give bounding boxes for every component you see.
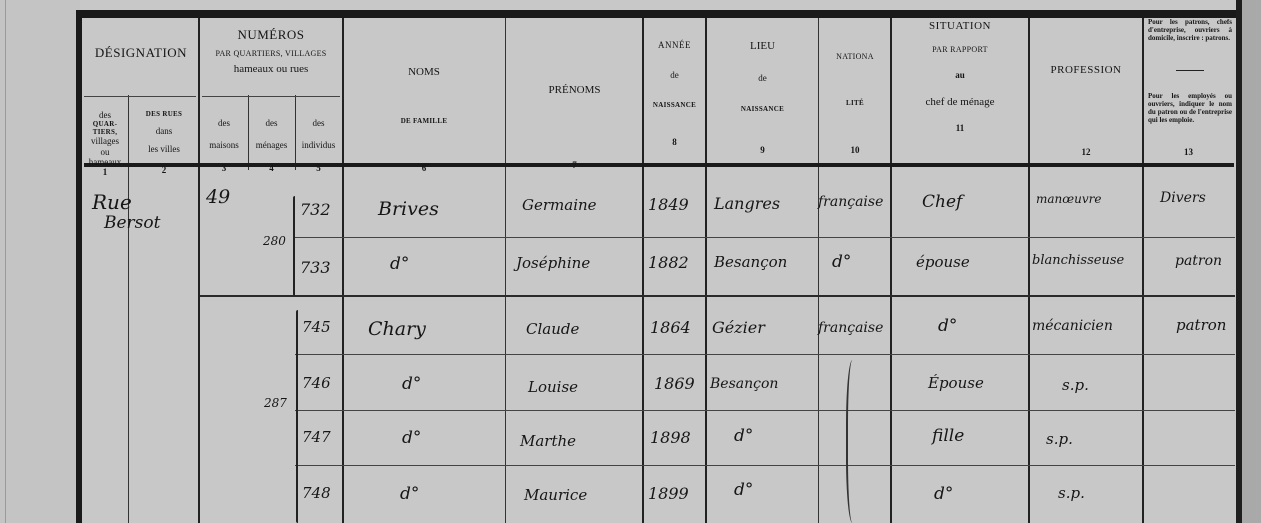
menage-number: 287 <box>264 396 287 410</box>
household-brace <box>296 310 298 523</box>
column-rule <box>342 18 344 523</box>
nom: d° <box>400 484 419 504</box>
column-number-8: 8 <box>644 137 705 147</box>
header-profession: PROFESSION <box>1030 64 1142 77</box>
lieu: Besançon <box>714 253 787 271</box>
right-border <box>1236 0 1242 523</box>
nom: Chary <box>368 318 426 340</box>
street-line2: Bersot <box>104 213 160 233</box>
situation: épouse <box>916 253 970 271</box>
lieu: Gézier <box>712 318 765 337</box>
header-divider <box>202 96 340 97</box>
ditto-mark <box>846 360 862 523</box>
header-situation: SITUATION PAR RAPPORT au chef de ménage … <box>892 20 1028 133</box>
page-margin <box>0 0 80 523</box>
situation: fille <box>932 426 964 446</box>
annee: 1882 <box>648 253 689 272</box>
header-text: chef de ménage <box>892 96 1028 109</box>
header-text: de <box>707 73 818 83</box>
column-number: 1 <box>82 167 128 177</box>
profession: s.p. <box>1046 430 1073 448</box>
header-text: QUAR- <box>82 120 128 128</box>
header-text: les villes <box>130 144 198 154</box>
individu-number: 746 <box>302 374 331 392</box>
annee: 1898 <box>650 428 691 447</box>
profession: mécanicien <box>1032 318 1113 334</box>
column-number: 4 <box>248 163 295 173</box>
column-number-10: 10 <box>820 145 890 155</box>
header-text: NATIONA <box>820 52 890 61</box>
street-line1: Rue <box>92 190 132 214</box>
header-text: de <box>644 70 705 80</box>
left-border <box>76 10 82 523</box>
header-text: des <box>82 110 128 120</box>
row-rule <box>200 295 1235 297</box>
prenom: Joséphine <box>516 254 590 272</box>
header-numeros: NUMÉROS PAR QUARTIERS, VILLAGES hameaux … <box>200 28 342 76</box>
note-divider <box>1176 70 1204 71</box>
profession: s.p. <box>1062 376 1089 394</box>
header-text: TIERS, <box>82 128 128 136</box>
nom: d° <box>390 254 409 274</box>
situation: Épouse <box>928 374 984 392</box>
profession: manœuvre <box>1036 192 1101 206</box>
header-text: NAISSANCE <box>644 101 705 109</box>
column-number-12: 12 <box>1030 147 1142 157</box>
row-rule <box>295 410 1235 411</box>
header-text: des <box>248 118 295 128</box>
patron: Divers <box>1160 190 1206 206</box>
household-brace <box>293 196 295 296</box>
individu-number: 745 <box>302 318 331 336</box>
column-number: 5 <box>295 163 342 173</box>
prenom: Marthe <box>520 432 576 450</box>
nationalite: française <box>818 320 883 336</box>
lieu: d° <box>734 480 753 500</box>
prenom: Maurice <box>524 486 587 504</box>
column-rule <box>1028 18 1030 523</box>
nom: d° <box>402 428 421 448</box>
prenom: Louise <box>528 378 578 396</box>
margin-rule <box>5 0 6 523</box>
header-text: hameaux ou rues <box>200 63 342 76</box>
header-text: DES RUES <box>130 110 198 118</box>
prenom: Claude <box>526 320 579 338</box>
nationalite: d° <box>832 252 851 272</box>
individu-number: 747 <box>302 428 331 446</box>
annee: 1849 <box>648 195 689 214</box>
header-col3: des maisons 3 <box>200 118 248 173</box>
header-noms: NOMS <box>344 66 504 79</box>
header-text: ou <box>82 147 128 157</box>
nom: Brives <box>378 198 439 220</box>
column-rule <box>198 18 200 523</box>
header-text: ménages <box>248 140 295 150</box>
lieu: Besançon <box>710 376 778 392</box>
header-text: au <box>892 70 1028 80</box>
column-number: 3 <box>200 163 248 173</box>
header-text: individus <box>295 140 342 150</box>
individu-number: 748 <box>302 484 331 502</box>
patron-instruction-1: Pour les patrons, chefs d'entreprise, ou… <box>1148 18 1232 42</box>
column-number-7: 7 <box>507 160 642 170</box>
header-prenoms: PRÉNOMS <box>507 84 642 97</box>
header-text: des <box>200 118 248 128</box>
row-rule <box>295 465 1235 466</box>
column-number: 2 <box>130 165 198 175</box>
column-rule <box>505 18 506 523</box>
profession: s.p. <box>1058 484 1085 502</box>
profession: blanchisseuse <box>1032 253 1124 268</box>
header-text: dans <box>130 126 198 136</box>
situation: Chef <box>922 192 962 212</box>
house-number: 49 <box>206 186 230 208</box>
header-text: SITUATION <box>892 20 1028 33</box>
header-text: maisons <box>200 140 248 150</box>
header-designation: DÉSIGNATION <box>84 46 198 61</box>
menage-number: 280 <box>263 234 286 248</box>
situation: d° <box>934 484 953 504</box>
annee: 1864 <box>650 318 691 337</box>
annee: 1869 <box>654 374 695 393</box>
header-nationalite: NATIONA LITÉ 10 <box>820 52 890 156</box>
header-text: PAR RAPPORT <box>892 45 1028 54</box>
column-rule <box>818 18 819 523</box>
header-divider <box>84 96 196 97</box>
header-text: NAISSANCE <box>707 105 818 113</box>
header-col1: des QUAR- TIERS, villages ou hameaux 1 <box>82 110 128 178</box>
header-text: LIEU <box>707 40 818 53</box>
column-number-6: 6 <box>344 163 504 173</box>
column-number-13: 13 <box>1142 147 1235 157</box>
header-text: ANNÉE <box>644 40 705 50</box>
column-rule <box>128 95 129 523</box>
row-rule <box>295 354 1235 355</box>
lieu: d° <box>734 426 753 446</box>
header-col5: des individus 5 <box>295 118 342 173</box>
header-annee: ANNÉE de NAISSANCE 8 <box>644 40 705 147</box>
header-noms-sub: DE FAMILLE <box>344 117 504 125</box>
column-rule <box>1142 18 1144 523</box>
nationalite: française <box>818 194 883 210</box>
header-lieu: LIEU de NAISSANCE 9 <box>707 40 818 155</box>
row-rule <box>295 237 1235 238</box>
column-number-11: 11 <box>892 123 1028 133</box>
situation: d° <box>938 316 957 336</box>
header-text: NUMÉROS <box>200 28 342 43</box>
nom: d° <box>402 374 421 394</box>
patron: patron <box>1176 316 1226 334</box>
header-text: PAR QUARTIERS, VILLAGES <box>200 49 342 58</box>
lieu: Langres <box>714 194 780 213</box>
patron: patron <box>1175 253 1222 269</box>
individu-number: 732 <box>300 200 331 219</box>
header-text: LITÉ <box>820 99 890 107</box>
patron-instruction-2: Pour les employés ou ouvriers, indiquer … <box>1148 92 1232 124</box>
prenom: Germaine <box>522 196 597 214</box>
top-border <box>76 10 1236 18</box>
header-col2: DES RUES dans les villes 2 <box>130 110 198 175</box>
census-page: DÉSIGNATION des QUAR- TIERS, villages ou… <box>0 0 1261 523</box>
header-text: des <box>295 118 342 128</box>
header-text: hameaux <box>82 157 128 167</box>
column-number-9: 9 <box>707 145 818 155</box>
header-col4: des ménages 4 <box>248 118 295 173</box>
individu-number: 733 <box>300 258 331 277</box>
header-text: villages <box>82 136 128 146</box>
annee: 1899 <box>648 484 689 503</box>
